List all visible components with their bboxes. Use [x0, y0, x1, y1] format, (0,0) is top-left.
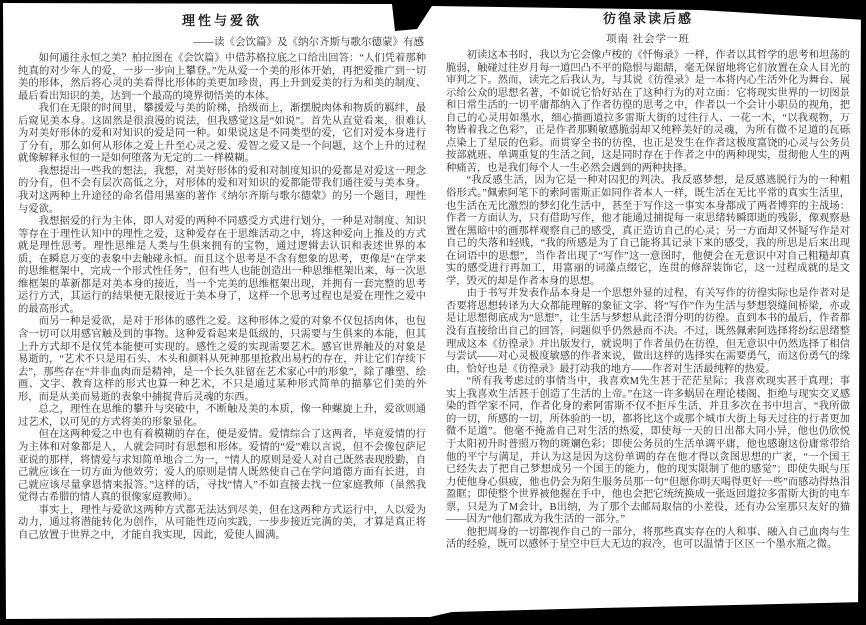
scanned-document: 理性与爱欲 ——读《会饮篇》及《纳尔齐斯与歌尔德蒙》有感 如何通往永恒之美？柏拉… [0, 0, 866, 625]
left-page-subtitle: ——读《会饮篇》及《纳尔齐斯与歌尔德蒙》有感 [18, 34, 424, 49]
paragraph: “所有我考虑过的事情当中，我喜欢M先生甚于茫茫星际；我喜欢现实甚于真理；事实上我… [446, 376, 850, 527]
left-page-title: 理性与爱欲 [18, 10, 426, 29]
left-page-body: 如何通往永恒之美？柏拉图在《会饮篇》中借苏格拉底之口给出回答：“人们凭着那种纯真… [18, 53, 426, 542]
paragraph: 我想据爱的行为主体，即人对爱的两种不同感受方式进行划分，一种是对制度、知识等存在… [18, 216, 426, 316]
paragraph: 我们在无限的时间里，攀援爱与美的阶梯，拾级而上，渐摆脱肉体和物质的羁绊，最后窥见… [18, 103, 426, 166]
paragraph: 由于书写并发表作品本身是一个思想外显的过程，有关写作的彷徨实际也是作者对是否要将… [446, 288, 850, 376]
paragraph: 而另一种是爱欲，是对于形体的感性之爱。这种形体之爱的对象不仅包括肉体，也包含一切… [18, 316, 426, 404]
scan-border-left [0, 0, 8, 625]
paragraph: 但在这两种爱之中也有着模糊的存在，便是爱情。爱情综合了这两者，毕竟爱情的行为主体… [18, 429, 426, 504]
right-page: 彷徨录读后感 项南 社会学一班 初读这本书时，我以为它会像卢梭的《忏悔录》一样，… [442, 0, 856, 625]
paragraph: 事实上，理性与爱欲这两种方式都无法达到尽美，但在这两种方式运行中，人以爱为动力，… [18, 505, 426, 543]
paragraph: 我想提出一些我的想法，我想，对美好形体的爱和对制度知识的爱都是对爱这一理念的分有… [18, 166, 426, 216]
left-page: 理性与爱欲 ——读《会饮篇》及《纳尔齐斯与歌尔德蒙》有感 如何通往永恒之美？柏拉… [10, 0, 430, 625]
paragraph: 初读这本书时，我以为它会像卢梭的《忏悔录》一样，作者以其哲学的思考和坦荡的脆弱，… [446, 50, 850, 175]
paragraph: 他把周身的一切都视作自己的一部分，将那些真实存在的人和事、融入自己血肉与生活的经… [446, 527, 850, 552]
paragraph: 如何通往永恒之美？柏拉图在《会饮篇》中借苏格拉底之口给出回答：“人们凭着那种纯真… [18, 53, 426, 103]
scan-border-right [856, 0, 866, 625]
right-page-byline: 项南 社会学一班 [446, 31, 850, 46]
paragraph: 总之，理性在思维的攀升与突破中，不断触及美的本质，像一种螺旋上升，爱欲则通过艺术… [18, 404, 426, 429]
right-page-body: 初读这本书时，我以为它会像卢梭的《忏悔录》一样，作者以其哲学的思考和坦荡的脆弱，… [446, 50, 850, 552]
paragraph: “我反感生活，因为它是一种对囚犯的判决。我反感梦想，是反感逃脱行为的一种粗俗形式… [446, 175, 850, 288]
